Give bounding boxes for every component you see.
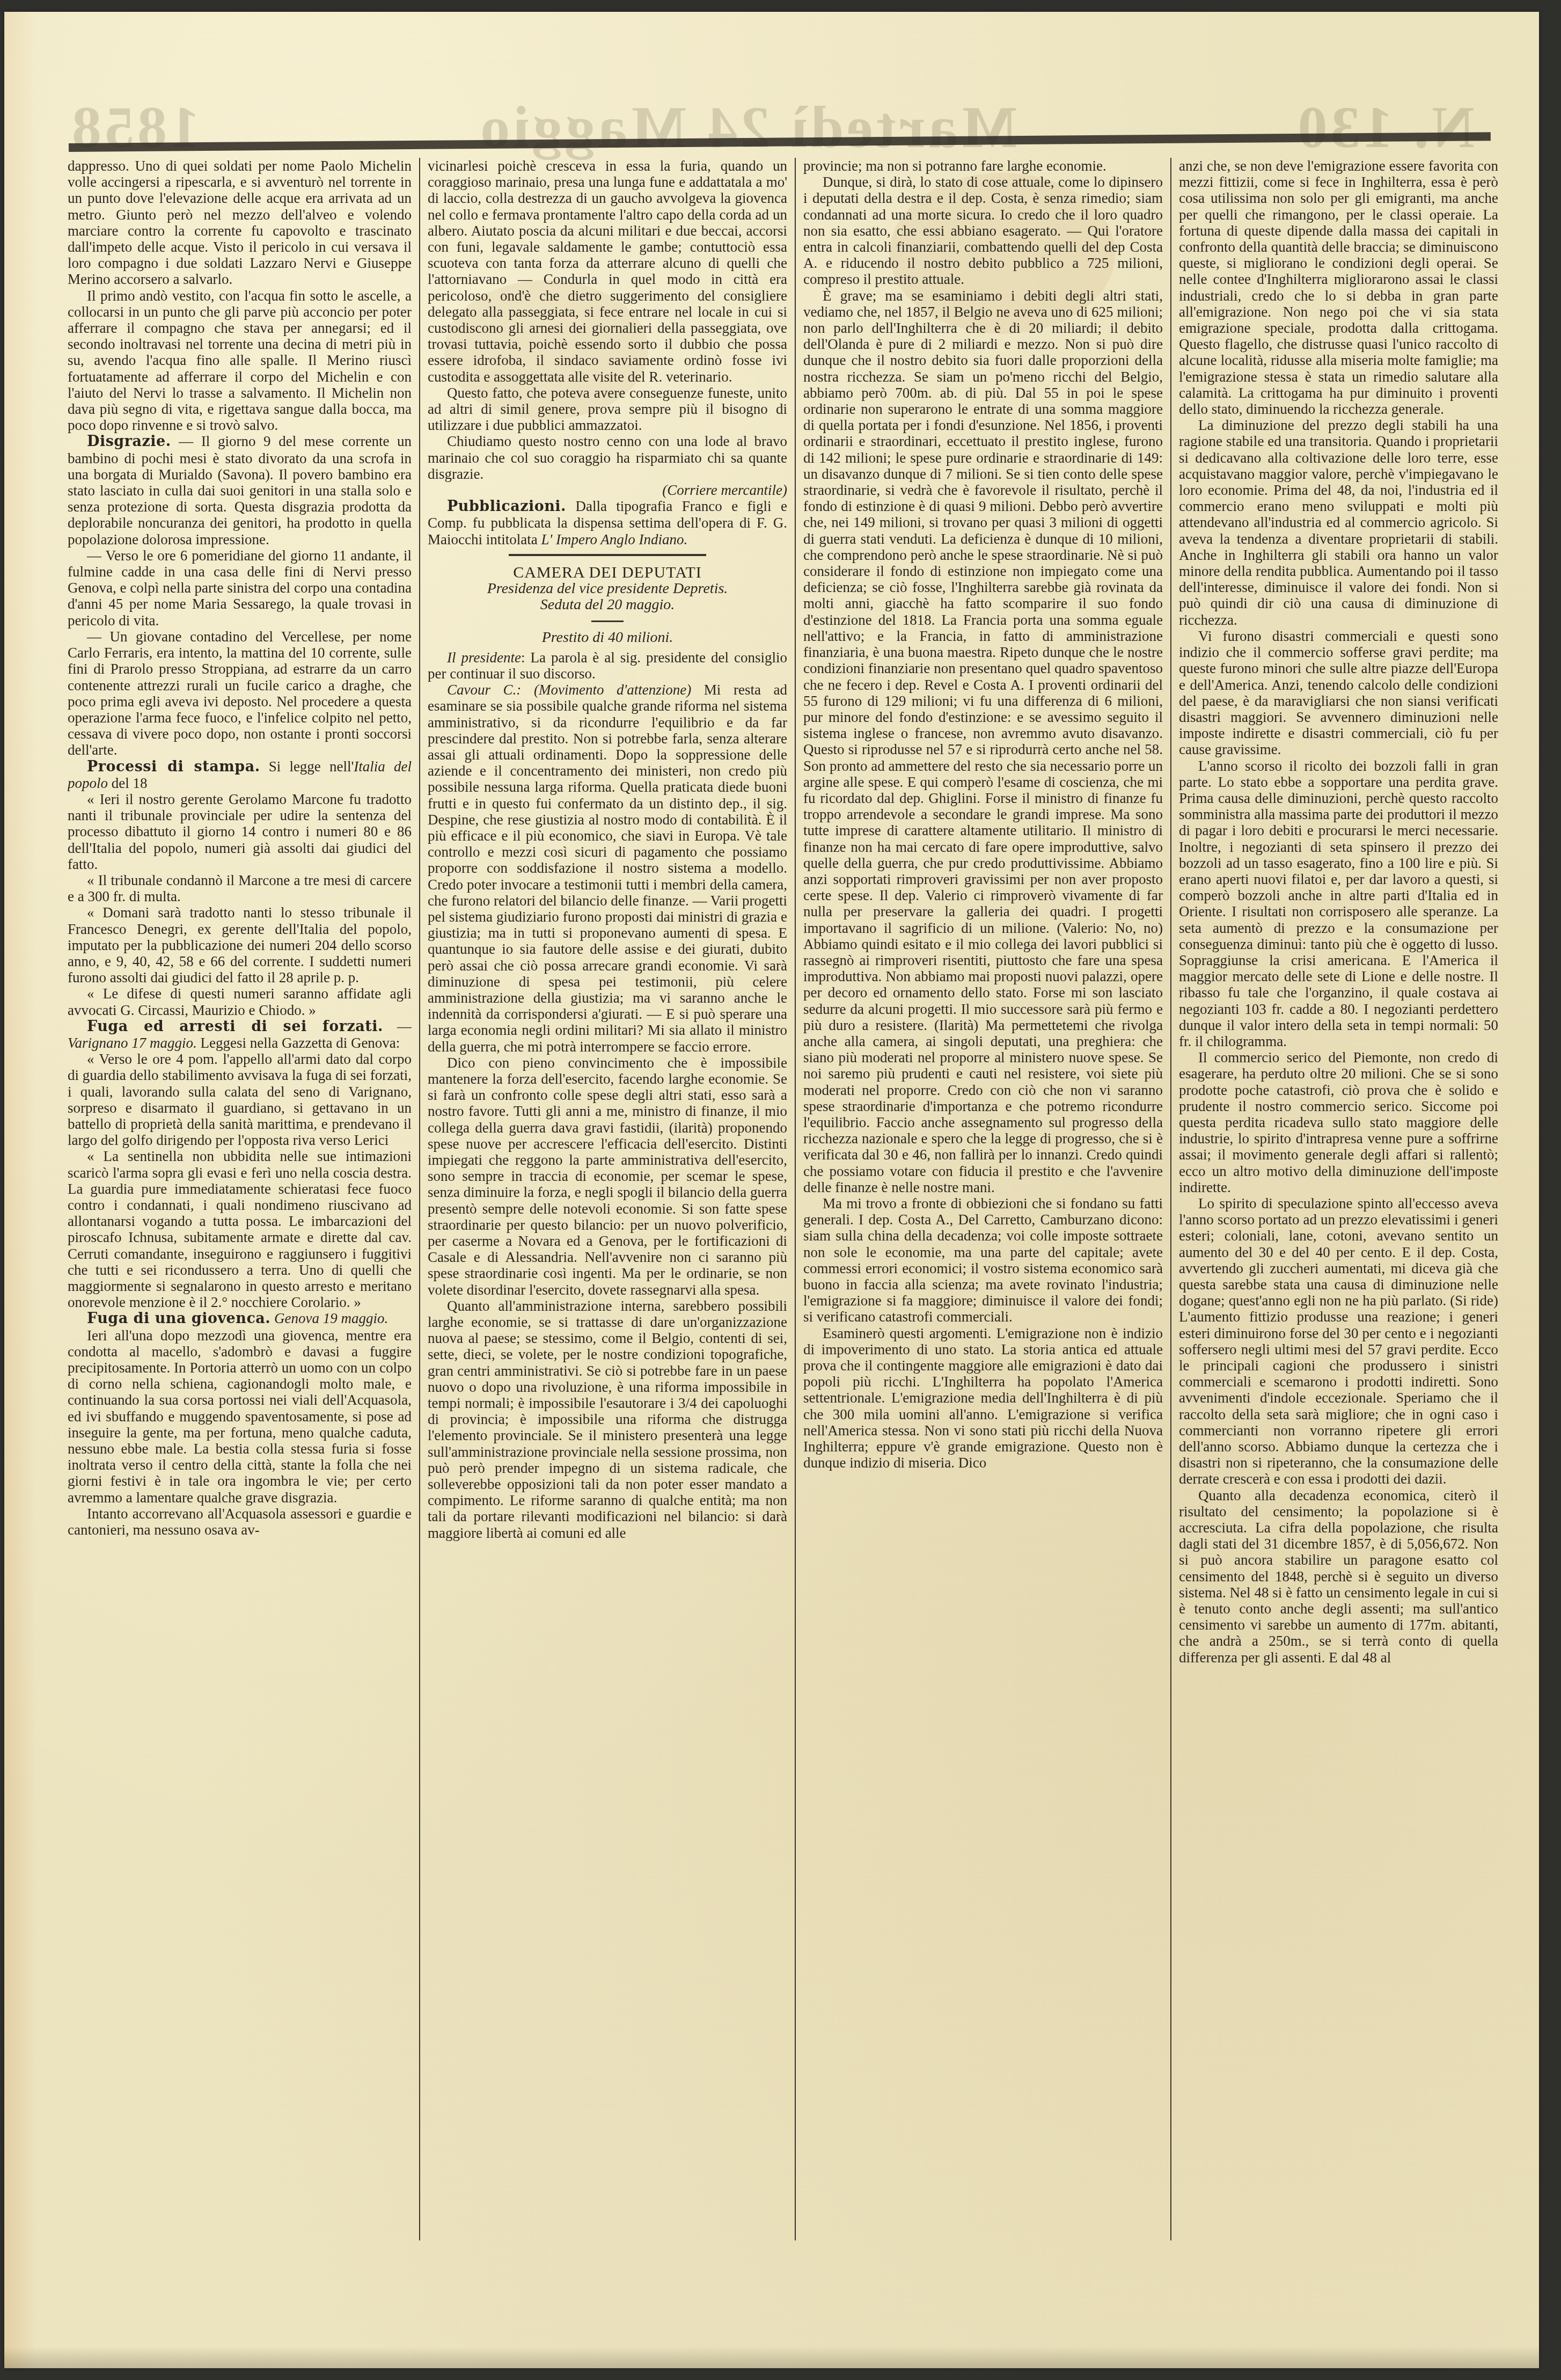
paragraph: Dico con pieno convincimento che è impos… — [428, 1055, 787, 1298]
news-item-text — [270, 1310, 274, 1326]
news-item-tail: del 18 — [108, 775, 148, 791]
news-item-text: — — [383, 1018, 412, 1034]
paragraph: « Domani sarà tradotto nanti lo stesso t… — [68, 904, 412, 985]
paragraph: È grave; ma se esaminiamo i debiti degli… — [803, 288, 1163, 1195]
paragraph: « Ieri il nostro gerente Gerolamo Marcon… — [68, 791, 412, 872]
column-3: provincie; ma non si potranno fare largh… — [795, 158, 1170, 2240]
paragraph: Lo spirito di speculazione spinto all'ec… — [1179, 1195, 1498, 1487]
paragraph: provincie; ma non si potranno fare largh… — [803, 158, 1163, 174]
paragraph: Quanto all'amministrazione interna, sare… — [428, 1298, 787, 1541]
paragraph: Il primo andò vestito, con l'acqua fin s… — [68, 288, 412, 434]
paragraph: L'anno scorso il ricolto dei bozzoli fal… — [1179, 758, 1498, 1050]
speaker-name: Il presidente — [447, 649, 521, 666]
news-item-text: Si legge nell' — [260, 758, 354, 775]
speech-text: Mi resta ad esaminare se sia possibile q… — [428, 682, 787, 1054]
speaker-name: Cavour C.: (Movimento d'attenzione) — [447, 682, 691, 698]
paragraph: Chiudiamo questo nostro cenno con una lo… — [428, 433, 787, 482]
section-topic: Prestito di 40 milioni. — [428, 630, 787, 646]
news-item-heading: Disgrazie. — [87, 433, 171, 450]
column-4: anzi che, se non deve l'emigrazione esse… — [1170, 158, 1506, 2240]
page-bottom-shadow — [4, 2347, 1539, 2368]
section-presidency: Presidenza del vice presidente Depretis. — [428, 581, 787, 597]
section-title: CAMERA DEI DEPUTATI — [428, 565, 787, 581]
paragraph: Intanto accorrevano all'Acquasola assess… — [68, 1506, 412, 1538]
news-item: Processi di stampa. Si legge nell'Italia… — [68, 758, 412, 791]
paragraph: Ieri all'una dopo mezzodì una giovenca, … — [68, 1327, 412, 1506]
paragraph: « Verso le ore 4 pom. l'appello all'armi… — [68, 1051, 412, 1148]
paragraph: Esaminerò questi argomenti. L'emigrazion… — [803, 1325, 1163, 1471]
speech: Cavour C.: (Movimento d'attenzione) Mi r… — [428, 682, 787, 1055]
news-item: Fuga di una giovenca. Genova 19 maggio. — [68, 1310, 412, 1327]
masthead-bleedthrough: N. 130 Martedì 24 Maggio 1858 — [69, 92, 1475, 162]
paragraph: « Il tribunale condannò il Marcone a tre… — [68, 872, 412, 904]
masthead-number: N. 130 — [1295, 93, 1475, 162]
short-divider — [591, 620, 624, 622]
newspaper-page: N. 130 Martedì 24 Maggio 1858 dappresso.… — [4, 12, 1539, 2368]
news-item-italic: Varignano 17 maggio. — [68, 1035, 197, 1051]
speech: Il presidente: La parola è al sig. presi… — [428, 649, 787, 682]
news-item-text: — Il giorno 9 del mese corrente un bambi… — [68, 433, 412, 547]
paragraph: — Verso le ore 6 pomeridiane del giorno … — [68, 547, 412, 629]
paragraph: Quanto alla decadenza economica, citerò … — [1179, 1487, 1498, 1666]
section-divider — [509, 554, 707, 556]
news-item-italic: Genova 19 maggio. — [274, 1310, 388, 1326]
paragraph: Dunque, si dirà, lo stato di cose attual… — [803, 174, 1163, 287]
paragraph: « Le difese di questi numeri saranno aff… — [68, 985, 412, 1018]
paragraph: vicinarlesi poichè cresceva in essa la f… — [428, 158, 787, 385]
paragraph: Questo fatto, che poteva avere conseguen… — [428, 385, 787, 434]
paragraph: Ma mi trovo a fronte di obbiezioni che s… — [803, 1195, 1163, 1325]
column-2: vicinarlesi poichè cresceva in essa la f… — [419, 158, 795, 2240]
news-item-heading: Fuga ed arresti di sei forzati. — [87, 1018, 383, 1035]
article-columns: dappresso. Uno di quei soldati per nome … — [68, 158, 1506, 2240]
masthead-date: Martedì 24 Maggio — [477, 93, 1017, 162]
news-item: Disgrazie. — Il giorno 9 del mese corren… — [68, 433, 412, 547]
news-item-heading: Fuga di una giovenca. — [87, 1310, 270, 1327]
paragraph: La diminuzione del prezzo degli stabili … — [1179, 417, 1498, 628]
news-item-heading: Processi di stampa. — [87, 758, 260, 775]
paragraph: Vi furono disastri commerciali e questi … — [1179, 628, 1498, 758]
parliament-section-header: CAMERA DEI DEPUTATIPresidenza del vice p… — [428, 554, 787, 646]
news-item-tail: Leggesi nella Gazzetta di Genova: — [197, 1035, 400, 1051]
section-session-date: Seduta del 20 maggio. — [428, 597, 787, 613]
source-attribution: (Corriere mercantile) — [428, 482, 787, 498]
column-1: dappresso. Uno di quei soldati per nome … — [68, 158, 419, 2240]
paragraph: anzi che, se non deve l'emigrazione esse… — [1179, 158, 1498, 417]
paragraph: « La sentinella non ubbidita nelle sue i… — [68, 1148, 412, 1310]
paragraph: — Un giovane contadino del Vercellese, p… — [68, 629, 412, 758]
news-item-heading: Pubblicazioni. — [447, 498, 566, 515]
news-item: Fuga ed arresti di sei forzati. — Varign… — [68, 1018, 412, 1051]
news-item: Pubblicazioni. Dalla tipografia Franco e… — [428, 498, 787, 547]
news-item-italic: L' Impero Anglo Indiano. — [541, 531, 687, 547]
paragraph: Il commercio serico del Piemonte, non cr… — [1179, 1049, 1498, 1195]
paragraph: dappresso. Uno di quei soldati per nome … — [68, 158, 412, 288]
